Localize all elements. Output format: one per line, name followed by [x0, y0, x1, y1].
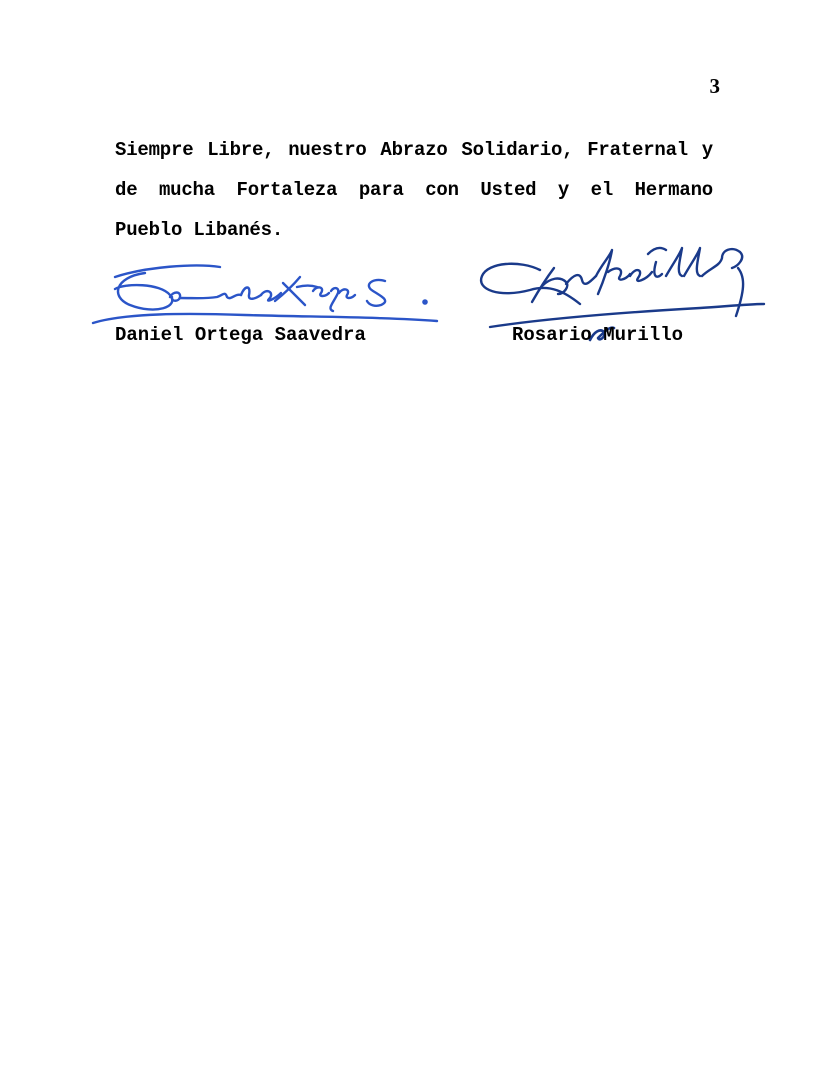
handwritten-signature-ortega: [85, 255, 445, 335]
paragraph-line-1: Siempre Libre, nuestro Abrazo Solidario,…: [115, 130, 713, 170]
signatory-name-murillo: Rosario Murillo: [512, 324, 683, 346]
paragraph-line-2: de mucha Fortaleza para con Usted y el H…: [115, 170, 713, 210]
page-number: 3: [690, 74, 720, 99]
signatory-name-ortega: Daniel Ortega Saavedra: [115, 324, 366, 346]
handwritten-signature-murillo: [470, 232, 770, 332]
